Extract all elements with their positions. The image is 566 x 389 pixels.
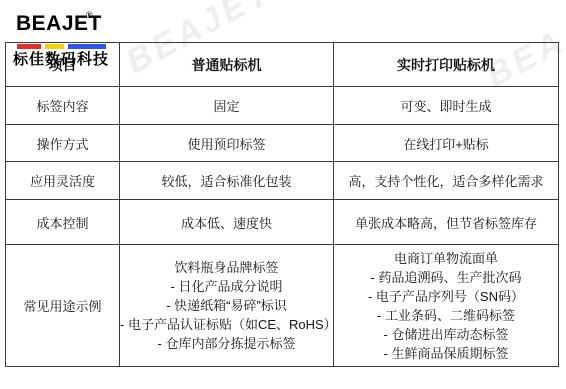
cell-realtime-label-content: 可变、即时生成 (334, 87, 559, 125)
table-row: 成本控制 成本低、速度快 单张成本略高，但节省标签库存 (6, 200, 559, 245)
cell-realtime-cost-control: 单张成本略高，但节省标签库存 (334, 200, 559, 245)
cell-realtime-operation-mode: 在线打印+贴标 (334, 125, 559, 162)
use-case-line: 电商订单物流面单 (334, 249, 558, 268)
table-row: 应用灵活度 较低，适合标准化包装 高，支持个性化，适合多样化需求 (6, 162, 559, 200)
row-label-flexibility: 应用灵活度 (6, 162, 120, 200)
cell-ordinary-operation-mode: 使用预印标签 (120, 125, 334, 162)
brand-subtitle: 标佳数码科技 (13, 48, 109, 69)
table-row: 标签内容 固定 可变、即时生成 (6, 87, 559, 125)
comparison-table: 项目 普通贴标机 实时打印贴标机 标签内容 固定 可变、即时生成 操作方式 使用… (5, 42, 559, 367)
use-case-line: - 日化产品成分说明 (120, 277, 333, 296)
cell-ordinary-flexibility: 较低，适合标准化包装 (120, 162, 334, 200)
use-case-line: 饮料瓶身品牌标签 (120, 258, 333, 277)
table-row: 常见用途示例 饮料瓶身品牌标签 - 日化产品成分说明 - 快递纸箱“易碎”标识 … (6, 245, 559, 367)
cell-ordinary-use-cases: 饮料瓶身品牌标签 - 日化产品成分说明 - 快递纸箱“易碎”标识 - 电子产品认… (120, 245, 334, 367)
cell-realtime-flexibility: 高，支持个性化，适合多样化需求 (334, 162, 559, 200)
use-case-line: - 电子产品序列号（SN码） (334, 287, 558, 306)
cell-realtime-use-cases: 电商订单物流面单 - 药品追溯码、生产批次码 - 电子产品序列号（SN码） - … (334, 245, 559, 367)
use-case-line: - 药品追溯码、生产批次码 (334, 268, 558, 287)
row-label-operation-mode: 操作方式 (6, 125, 120, 162)
row-label-use-cases: 常见用途示例 (6, 245, 120, 367)
row-label-cost-control: 成本控制 (6, 200, 120, 245)
use-case-line: - 生鲜商品保质期标签 (334, 344, 558, 363)
use-case-line: - 工业条码、二维码标签 (334, 306, 558, 325)
use-case-line: - 快递纸箱“易碎”标识 (120, 296, 333, 315)
use-case-line: - 电子产品认证标贴（如CE、RoHS） (120, 315, 333, 334)
use-case-line: - 仓储进出库动态标签 (334, 325, 558, 344)
column-header-ordinary-labeler: 普通贴标机 (120, 43, 334, 87)
cell-ordinary-cost-control: 成本低、速度快 (120, 200, 334, 245)
table-row: 操作方式 使用预印标签 在线打印+贴标 (6, 125, 559, 162)
use-case-line: - 仓库内部分拣提示标签 (120, 334, 333, 353)
cell-ordinary-label-content: 固定 (120, 87, 334, 125)
registered-trademark-icon: ® (86, 10, 93, 20)
row-label-label-content: 标签内容 (6, 87, 120, 125)
column-header-realtime-print-labeler: 实时打印贴标机 (334, 43, 559, 87)
